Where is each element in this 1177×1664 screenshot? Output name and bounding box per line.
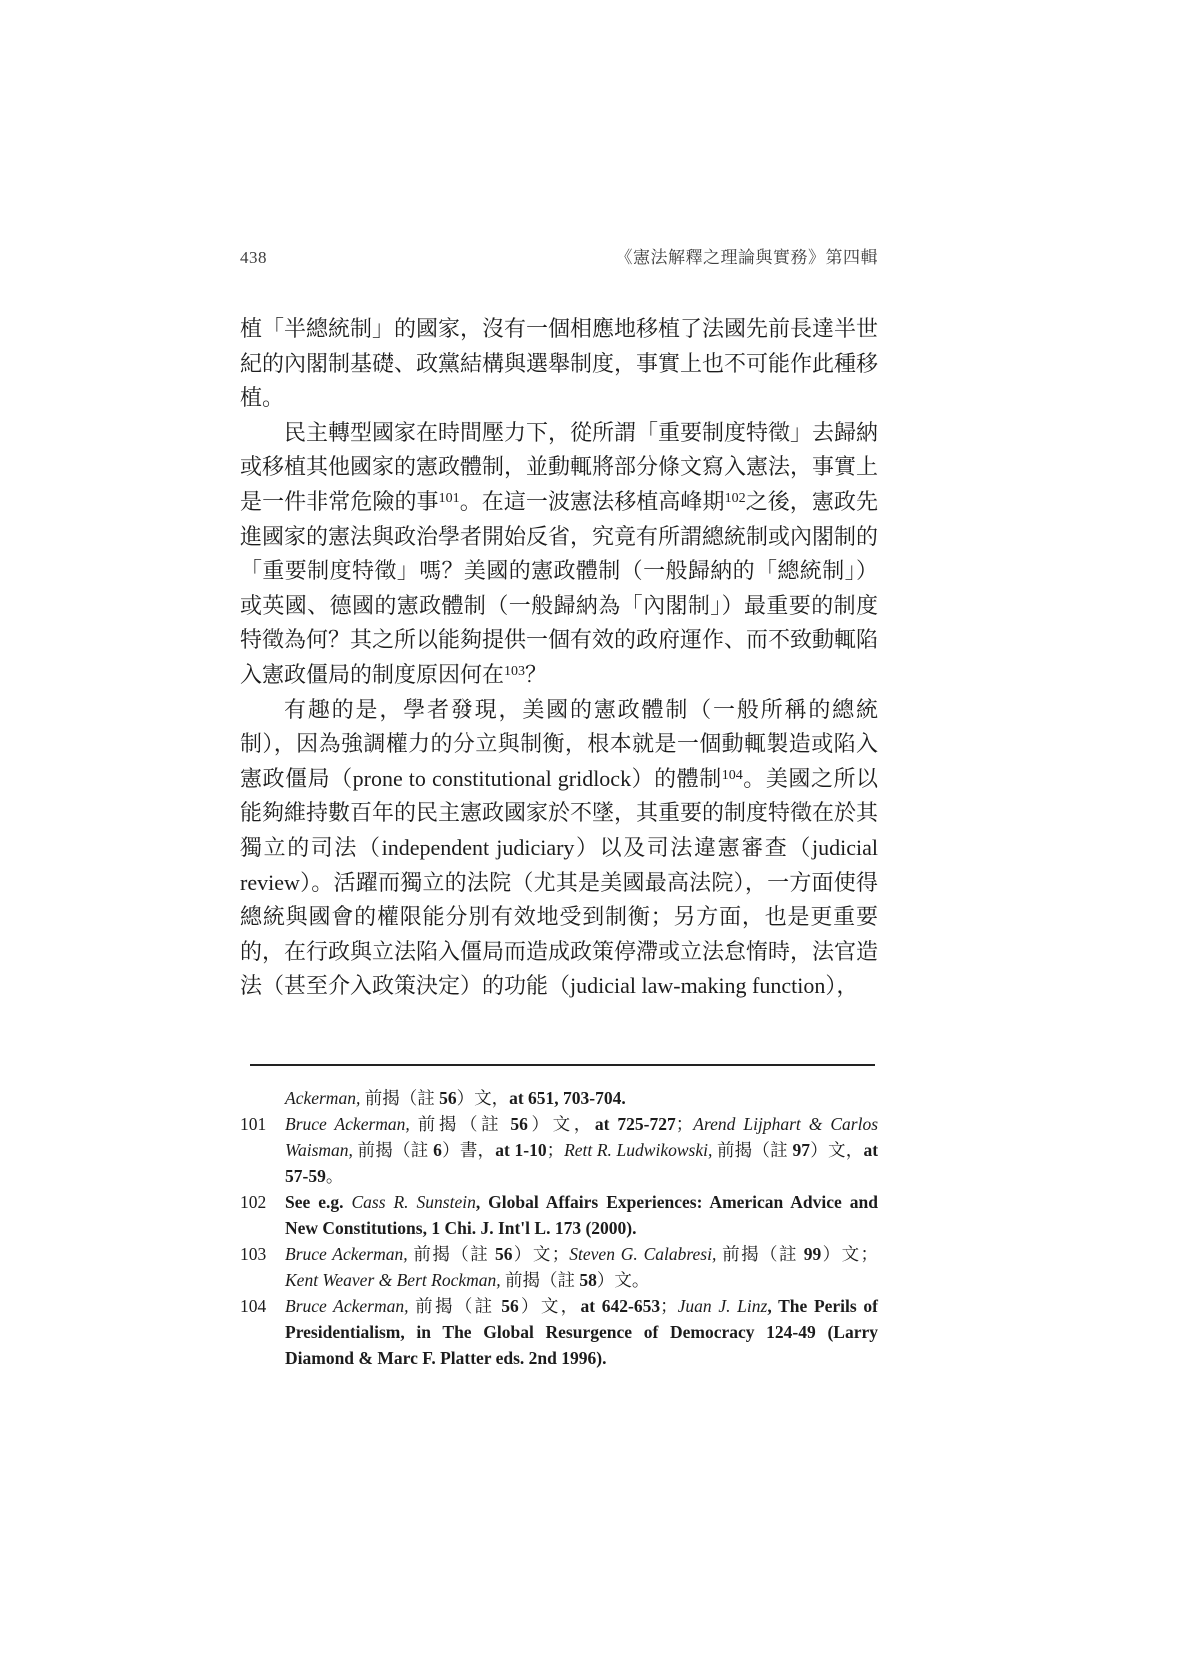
footnote-item: 104Bruce Ackerman, 前揭（註 56）文，at 642-653；… <box>240 1293 878 1371</box>
document-page: 438 《憲法解釋之理論與實務》第四輯 植「半總統制」的國家，沒有一個相應地移植… <box>0 0 1177 1664</box>
text-run: 前揭（註 <box>716 1244 803 1264</box>
text-run: 。美國之所以能夠維持數百年的民主憲政國家於不墜，其重要的制度特徵在於其獨立的司法… <box>240 766 878 999</box>
text-run: ）文， <box>519 1296 581 1316</box>
footnote-item: 103Bruce Ackerman, 前揭（註 56）文；Steven G. C… <box>240 1241 878 1293</box>
text-run: 前揭（註 <box>360 1088 439 1108</box>
page-header: 438 《憲法解釋之理論與實務》第四輯 <box>240 243 878 268</box>
text-run: ）文， <box>810 1140 863 1160</box>
paragraph: 有趣的是，學者發現，美國的憲政體制（一般所稱的總統制），因為強調權力的分立與制衡… <box>240 693 878 1004</box>
text-run: Bruce Ackerman, <box>285 1244 408 1264</box>
text-run: at 651, 703-704. <box>509 1088 626 1108</box>
footnote-ref: 102 <box>725 491 746 506</box>
text-run: 前揭（註 <box>501 1270 580 1290</box>
footnote-item: 102See e.g. Cass R. Sunstein, Global Aff… <box>240 1189 878 1241</box>
text-run: Bruce Ackerman, <box>285 1296 408 1316</box>
text-run: 。在這一波憲法移植高峰期 <box>460 489 725 514</box>
page-number: 438 <box>240 248 267 268</box>
text-run: 前揭（註 <box>410 1114 511 1134</box>
body-text: 植「半總統制」的國家，沒有一個相應地移植了法國先前長達半世紀的內閣制基礎、政黨結… <box>240 312 878 1004</box>
footnote-number: 103 <box>240 1241 285 1293</box>
text-run: ； <box>676 1114 694 1134</box>
footnote-text: Ackerman, 前揭（註 56）文，at 651, 703-704. <box>285 1085 878 1111</box>
footnote-text: Bruce Ackerman, 前揭（註 56）文，at 642-653；Jua… <box>285 1293 878 1371</box>
footnote-ref: 104 <box>722 768 743 783</box>
footnote-text: Bruce Ackerman, 前揭（註 56）文，at 725-727；Are… <box>285 1111 878 1189</box>
text-run: at 1-10 <box>495 1140 546 1160</box>
text-run: 之後，憲政先進國家的憲法與政治學者開始反省，究竟有所謂總統制或內閣制的「重要制度… <box>240 489 878 687</box>
text-run: Juan J. Linz <box>678 1296 768 1316</box>
text-run: 56 <box>510 1114 528 1134</box>
footnote-item: 101Bruce Ackerman, 前揭（註 56）文，at 725-727；… <box>240 1111 878 1189</box>
text-run: 植「半總統制」的國家，沒有一個相應地移植了法國先前長達半世紀的內閣制基礎、政黨結… <box>240 316 878 410</box>
text-run: ？ <box>525 662 547 687</box>
footnotes-list: Ackerman, 前揭（註 56）文，at 651, 703-704.101B… <box>240 1085 878 1371</box>
text-run: 前揭（註 <box>408 1244 495 1264</box>
text-run: 。 <box>326 1166 344 1186</box>
text-run: ）文； <box>821 1244 878 1264</box>
text-run: ）文， <box>528 1114 595 1134</box>
footnote-number: 101 <box>240 1111 285 1189</box>
text-run: ）文， <box>457 1088 510 1108</box>
footnote-number: 102 <box>240 1189 285 1241</box>
running-title: 《憲法解釋之理論與實務》第四輯 <box>616 243 879 268</box>
text-run: Kent Weaver & Bert Rockman, <box>285 1270 501 1290</box>
text-run: ）文。 <box>597 1270 650 1290</box>
text-run: Rett R. Ludwikowski, <box>564 1140 712 1160</box>
paragraph: 民主轉型國家在時間壓力下，從所謂「重要制度特徵」去歸納或移植其他國家的憲政體制，… <box>240 416 878 693</box>
text-run: 58 <box>579 1270 597 1290</box>
text-run: 99 <box>804 1244 822 1264</box>
text-run: Bruce Ackerman, <box>285 1114 410 1134</box>
footnote-number: 104 <box>240 1293 285 1371</box>
text-run: 56 <box>439 1088 457 1108</box>
footnote-separator <box>250 1064 875 1066</box>
footnote-ref: 101 <box>439 491 460 506</box>
footnote-number <box>240 1085 285 1111</box>
text-run: ）書， <box>442 1140 495 1160</box>
text-run: Ackerman, <box>285 1088 360 1108</box>
text-run: See e.g. <box>285 1192 351 1212</box>
text-run: 前揭（註 <box>353 1140 433 1160</box>
text-run: ）文； <box>512 1244 569 1264</box>
text-run: at 642-653 <box>581 1296 661 1316</box>
footnote-ref: 103 <box>504 664 525 679</box>
footnote-text: See e.g. Cass R. Sunstein, Global Affair… <box>285 1189 878 1241</box>
paragraph: 植「半總統制」的國家，沒有一個相應地移植了法國先前長達半世紀的內閣制基礎、政黨結… <box>240 312 878 416</box>
text-run: 前揭（註 <box>712 1140 792 1160</box>
text-run: 97 <box>793 1140 811 1160</box>
text-run: 前揭（註 <box>408 1296 501 1316</box>
text-run: Cass R. Sunstein <box>351 1192 475 1212</box>
text-run: ； <box>660 1296 678 1316</box>
text-run: Steven G. Calabresi, <box>569 1244 716 1264</box>
text-run: 6 <box>433 1140 442 1160</box>
footnote-text: Bruce Ackerman, 前揭（註 56）文；Steven G. Cala… <box>285 1241 878 1293</box>
text-run: at 725-727 <box>595 1114 676 1134</box>
text-run: 56 <box>501 1296 519 1316</box>
text-run: ； <box>547 1140 565 1160</box>
text-run: 56 <box>495 1244 513 1264</box>
footnote-item: Ackerman, 前揭（註 56）文，at 651, 703-704. <box>240 1085 878 1111</box>
